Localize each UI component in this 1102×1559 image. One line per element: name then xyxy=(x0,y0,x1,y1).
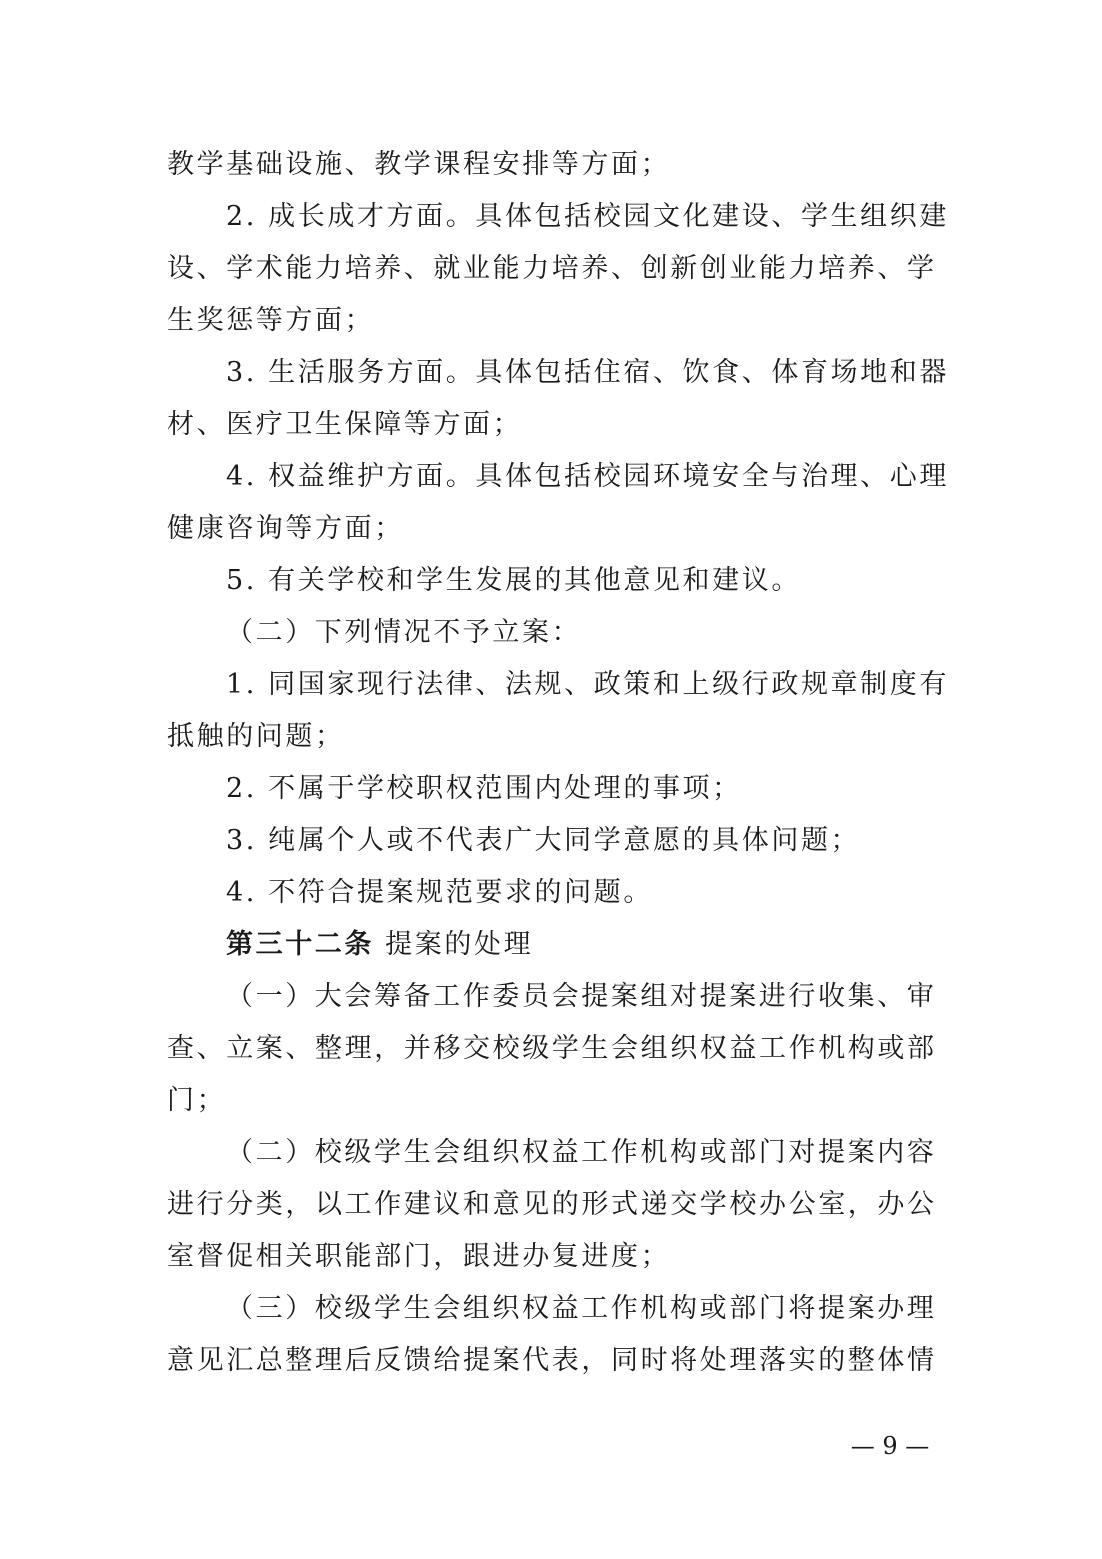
page-number: — 9 — xyxy=(840,1428,940,1464)
text-line: 设、学术能力培养、就业能力培养、创新创业能力培养、学 xyxy=(167,249,935,289)
text-line: 查、立案、整理，并移交校级学生会组织权益工作机构或部 xyxy=(167,1029,935,1069)
section-subheading: （二）下列情况不予立案： xyxy=(226,613,994,653)
text-line: 3. 纯属个人或不代表广大同学意愿的具体问题； xyxy=(226,821,994,861)
text-line: （二）校级学生会组织权益工作机构或部门对提案内容 xyxy=(226,1133,994,1173)
text-line: 门； xyxy=(167,1081,935,1121)
article-number: 第三十二条 xyxy=(226,929,374,960)
document-page: 教学基础设施、教学课程安排等方面； 2. 成长成才方面。具体包括校园文化建设、学… xyxy=(0,0,1102,1559)
text-line: 教学基础设施、教学课程安排等方面； xyxy=(167,145,935,185)
text-line: 2. 成长成才方面。具体包括校园文化建设、学生组织建 xyxy=(226,197,994,237)
text-line: 4. 不符合提案规范要求的问题。 xyxy=(226,873,994,913)
text-line: 进行分类，以工作建议和意见的形式递交学校办公室，办公 xyxy=(167,1185,935,1225)
article-title: 提案的处理 xyxy=(374,929,533,960)
text-line: 抵触的问题； xyxy=(167,717,935,757)
text-line: 2. 不属于学校职权范围内处理的事项； xyxy=(226,769,994,809)
text-line: 4. 权益维护方面。具体包括校园环境安全与治理、心理 xyxy=(226,457,994,497)
text-line: 材、医疗卫生保障等方面； xyxy=(167,405,935,445)
text-line: （一）大会筹备工作委员会提案组对提案进行收集、审 xyxy=(226,977,994,1017)
text-line: 健康咨询等方面； xyxy=(167,509,935,549)
text-line: 5. 有关学校和学生发展的其他意见和建议。 xyxy=(226,561,994,601)
text-line: 意见汇总整理后反馈给提案代表，同时将处理落实的整体情 xyxy=(167,1341,935,1381)
text-line: （三）校级学生会组织权益工作机构或部门将提案办理 xyxy=(226,1289,994,1329)
article-heading-line: 第三十二条 提案的处理 xyxy=(226,925,994,965)
text-line: 室督促相关职能部门，跟进办复进度； xyxy=(167,1237,935,1277)
text-line: 3. 生活服务方面。具体包括住宿、饮食、体育场地和器 xyxy=(226,353,994,393)
text-line: 1. 同国家现行法律、法规、政策和上级行政规章制度有 xyxy=(226,665,994,705)
text-line: 生奖惩等方面； xyxy=(167,301,935,341)
